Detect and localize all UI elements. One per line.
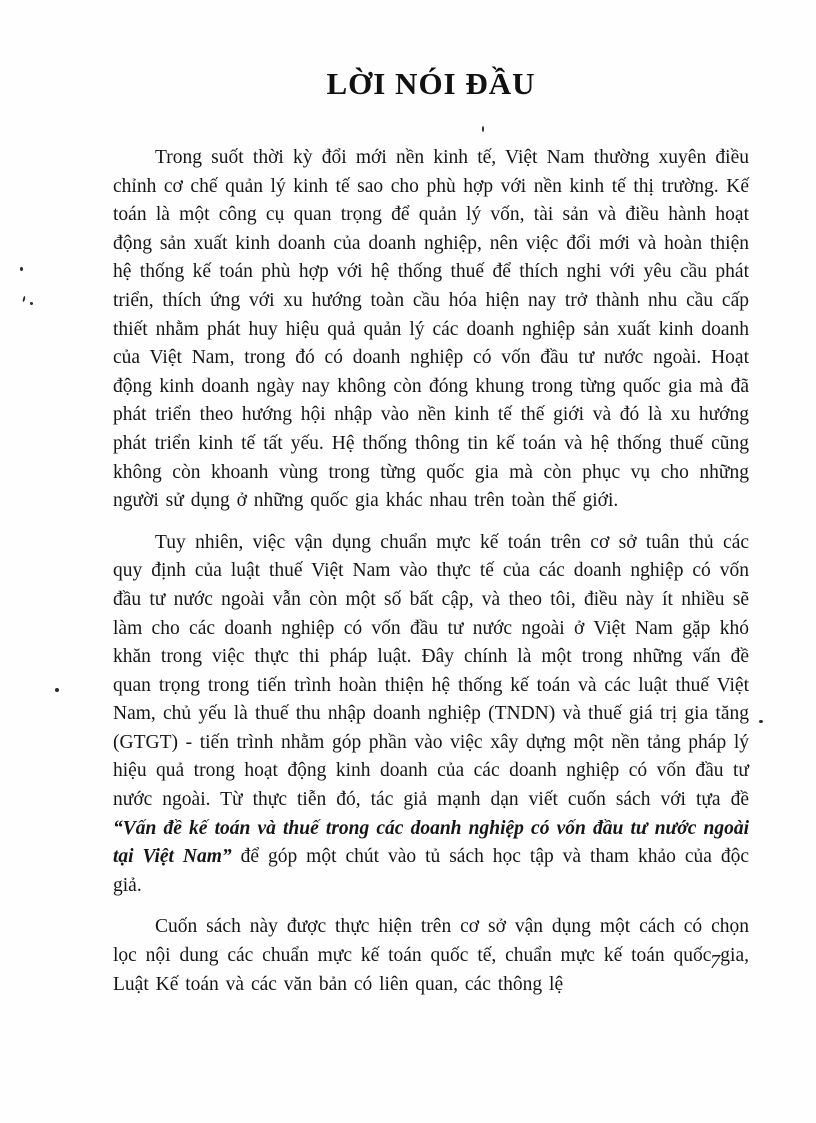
scan-speck <box>55 688 59 692</box>
scan-speck <box>20 267 23 271</box>
page-title: LỜI NÓI ĐẦU <box>113 66 749 102</box>
scan-speck <box>22 296 25 302</box>
scan-speck <box>30 302 33 305</box>
page-number: 7 <box>700 951 730 974</box>
scan-speck <box>482 126 484 132</box>
paragraph-issues: Tuy nhiên, việc vận dụng chuẩn mực kế to… <box>113 529 749 901</box>
book-page: LỜI NÓI ĐẦU Trong suốt thời kỳ đổi mới n… <box>0 0 816 1123</box>
paragraph-method: Cuốn sách này được thực hiện trên cơ sở … <box>113 913 749 999</box>
paragraph-intro: Trong suốt thời kỳ đổi mới nền kinh tế, … <box>113 144 749 516</box>
scan-speck <box>759 720 763 723</box>
text-block: Trong suốt thời kỳ đổi mới nền kinh tế, … <box>113 144 749 1012</box>
paragraph-issues-text: Tuy nhiên, việc vận dụng chuẩn mực kế to… <box>113 532 749 810</box>
